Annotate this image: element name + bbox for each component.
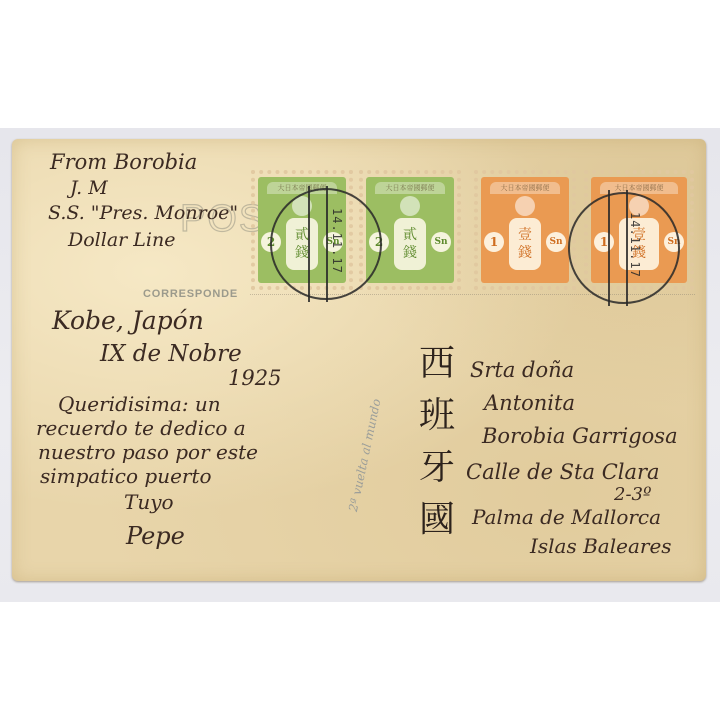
correspondence-label: CORRESPONDE bbox=[143, 288, 238, 300]
destination-chinese: 西 班 牙 國 bbox=[408, 338, 466, 546]
stamp-1-sen-left: 大日本帝國郵便 壹 錢 1 Sn bbox=[474, 170, 576, 290]
address-line-3: Borobia Garrigosa bbox=[482, 426, 678, 447]
postmark-right: 14.11.17 bbox=[568, 192, 680, 304]
postmark-left: 14.11.17 bbox=[270, 188, 382, 300]
stamp-kanji-unit: 錢 bbox=[509, 244, 541, 262]
postmark-bars bbox=[308, 186, 328, 302]
stamp-kanji-value: 壹 bbox=[509, 226, 541, 244]
message-place: Kobe, Japón bbox=[52, 308, 204, 333]
stamp-unit: Sn bbox=[546, 232, 566, 252]
message-closing: Tuyo bbox=[124, 492, 174, 512]
stamp-unit: Sn bbox=[431, 232, 451, 252]
address-line-7: Islas Baleares bbox=[530, 536, 672, 556]
address-line-1: Srta doña bbox=[470, 360, 574, 381]
destination-char: 國 bbox=[408, 494, 466, 546]
stamp-banner: 大日本帝國郵便 bbox=[490, 182, 560, 194]
message-signature: Pepe bbox=[126, 524, 185, 548]
postmark-bars bbox=[608, 190, 628, 306]
message-body-line-2: recuerdo te dedico a bbox=[36, 418, 246, 438]
stamp-value: 1 bbox=[484, 232, 504, 252]
address-line-4: Calle de Sta Clara bbox=[466, 462, 660, 483]
destination-char: 牙 bbox=[408, 442, 466, 494]
message-body-line-4: simpatico puerto bbox=[40, 466, 212, 486]
sender-line-2: J. M bbox=[70, 179, 108, 198]
stamp-tablet: 貳 錢 bbox=[394, 218, 426, 270]
postmark-date: 14.11.17 bbox=[628, 212, 642, 278]
chrysanthemum-crest-icon bbox=[400, 196, 420, 216]
destination-char: 西 bbox=[408, 338, 466, 390]
sender-line-1: From Borobia bbox=[50, 152, 197, 173]
stamp-tablet: 壹 錢 bbox=[509, 218, 541, 270]
sender-line-4: Dollar Line bbox=[68, 231, 175, 250]
message-year: 1925 bbox=[228, 368, 281, 389]
stamp-banner: 大日本帝國郵便 bbox=[375, 182, 445, 194]
message-body-line-3: nuestro paso por este bbox=[38, 442, 258, 462]
chrysanthemum-crest-icon bbox=[515, 196, 535, 216]
address-line-6: Palma de Mallorca bbox=[472, 507, 661, 527]
stamp-kanji-unit: 錢 bbox=[394, 244, 426, 262]
message-date: IX de Nobre bbox=[100, 343, 242, 366]
destination-char: 班 bbox=[408, 390, 466, 442]
postmark-date: 14.11.17 bbox=[330, 208, 344, 274]
address-line-5: 2-3º bbox=[614, 486, 651, 504]
address-line-2: Antonita bbox=[484, 393, 575, 414]
sender-line-3: S.S. "Pres. Monroe" bbox=[48, 204, 238, 223]
message-body-line-1: Queridisima: un bbox=[58, 394, 221, 414]
stamp-kanji-value: 貳 bbox=[394, 226, 426, 244]
